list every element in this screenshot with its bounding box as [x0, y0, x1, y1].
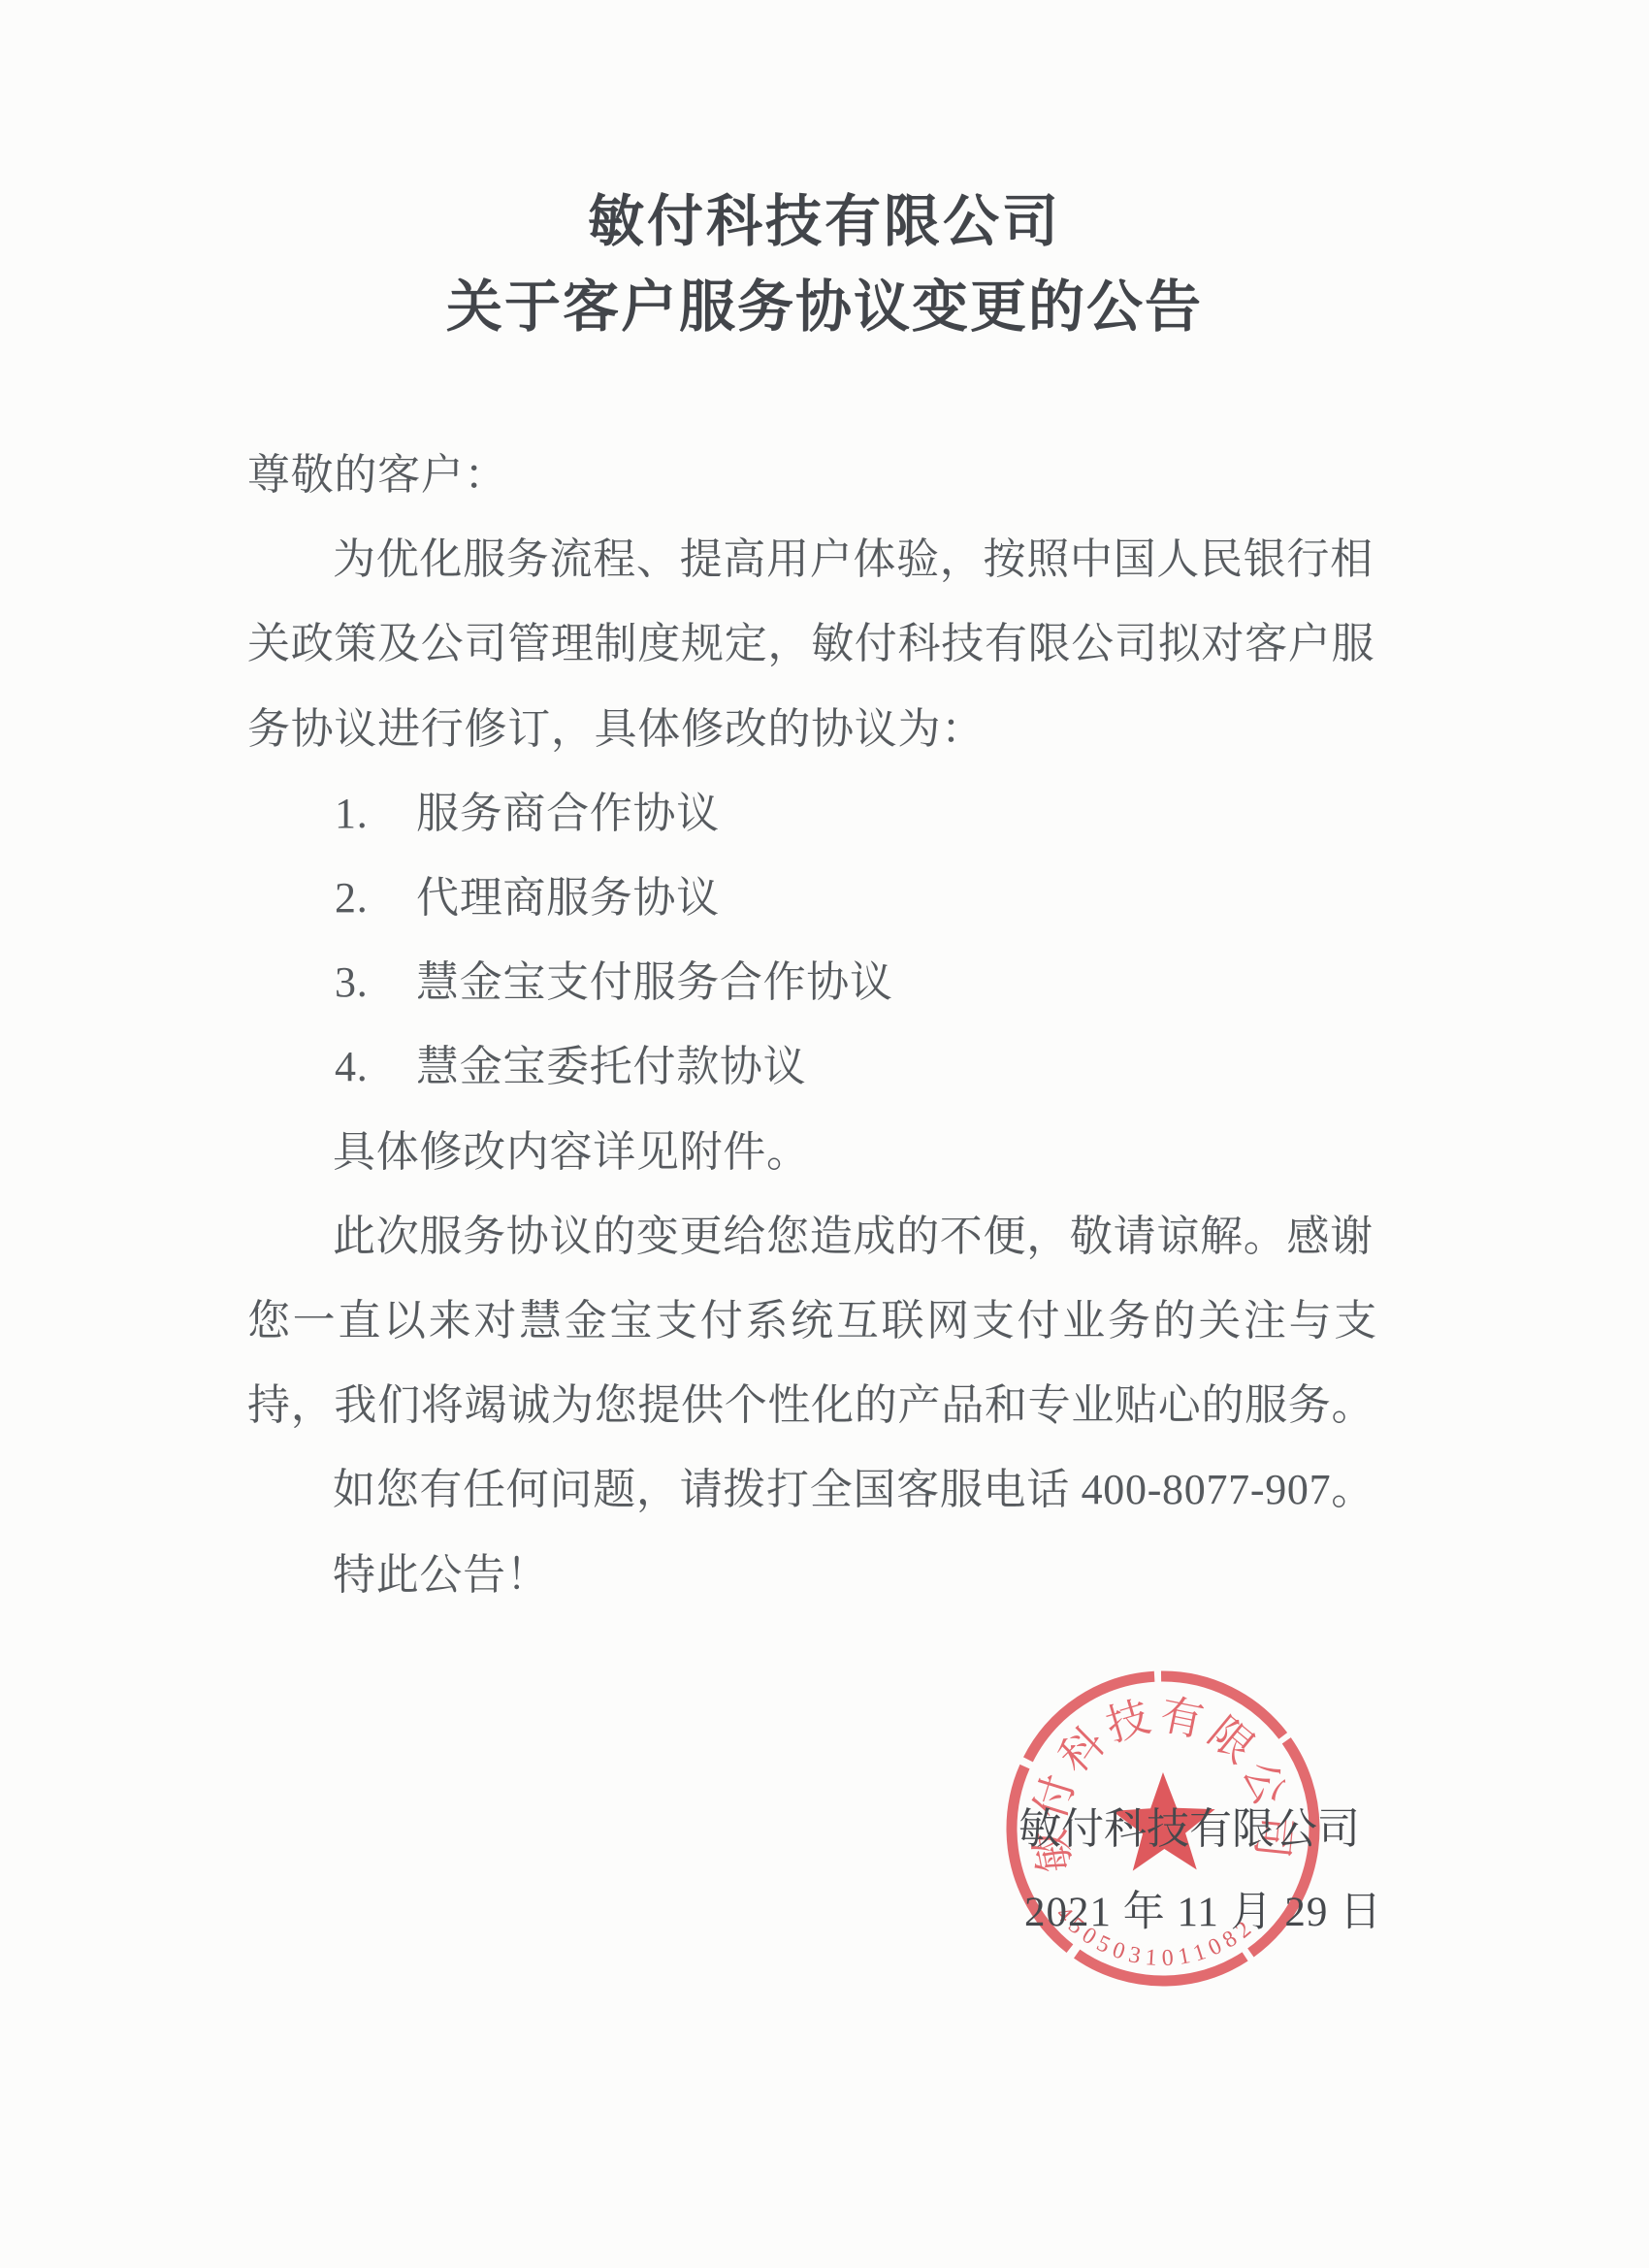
- announcement-title: 关于客户服务协议变更的公告: [0, 275, 1649, 338]
- company-title: 敏付科技有限公司: [0, 190, 1649, 252]
- list-item-3: 3.慧金宝支付服务合作协议: [247, 940, 1377, 1024]
- list-text: 慧金宝支付服务合作协议: [416, 958, 893, 1006]
- list-number: 3.: [335, 940, 416, 1024]
- closing-line: 特此公告！: [247, 1533, 1377, 1617]
- list-number: 1.: [335, 771, 416, 856]
- body-text: 尊敬的客户： 为优化服务流程、提高用户体验，按照中国人民银行相 关政策及公司管理…: [247, 433, 1377, 1617]
- signature-date: 2021 年 11 月 29 日: [1024, 1890, 1382, 1936]
- list-text: 服务商合作协议: [416, 790, 720, 837]
- salutation-line: 尊敬的客户：: [247, 433, 1377, 517]
- list-item-4: 4.慧金宝委托付款协议: [247, 1024, 1377, 1109]
- list-text: 慧金宝委托付款协议: [416, 1043, 806, 1090]
- contact-line: 如您有任何问题，请拨打全国客服电话 400-8077-907。: [247, 1447, 1377, 1532]
- paragraph1-line2: 关政策及公司管理制度规定，敏付科技有限公司拟对客户服: [247, 601, 1377, 686]
- paragraph1-line3: 务协议进行修订，具体修改的协议为：: [247, 687, 1377, 771]
- list-item-2: 2.代理商服务协议: [247, 856, 1377, 940]
- paragraph1-line1: 为优化服务流程、提高用户体验，按照中国人民银行相: [247, 517, 1377, 601]
- paragraph2-line2: 您一直以来对慧金宝支付系统互联网支付业务的关注与支: [247, 1279, 1377, 1363]
- title-block: 敏付科技有限公司 关于客户服务协议变更的公告: [0, 190, 1649, 338]
- list-text: 代理商服务协议: [416, 874, 720, 922]
- list-number: 2.: [335, 856, 416, 940]
- attachment-note-line: 具体修改内容详见附件。: [247, 1110, 1377, 1194]
- paragraph2-line1: 此次服务协议的变更给您造成的不便，敬请谅解。感谢: [247, 1194, 1377, 1279]
- list-number: 4.: [335, 1024, 416, 1109]
- scanned-announcement-page: 敏付科技有限公司 关于客户服务协议变更的公告 尊敬的客户： 为优化服务流程、提高…: [0, 0, 1649, 2268]
- paragraph2-line3: 持，我们将竭诚为您提供个性化的产品和专业贴心的服务。: [247, 1363, 1377, 1447]
- list-item-1: 1.服务商合作协议: [247, 771, 1377, 856]
- signature-company: 敏付科技有限公司: [1018, 1806, 1360, 1853]
